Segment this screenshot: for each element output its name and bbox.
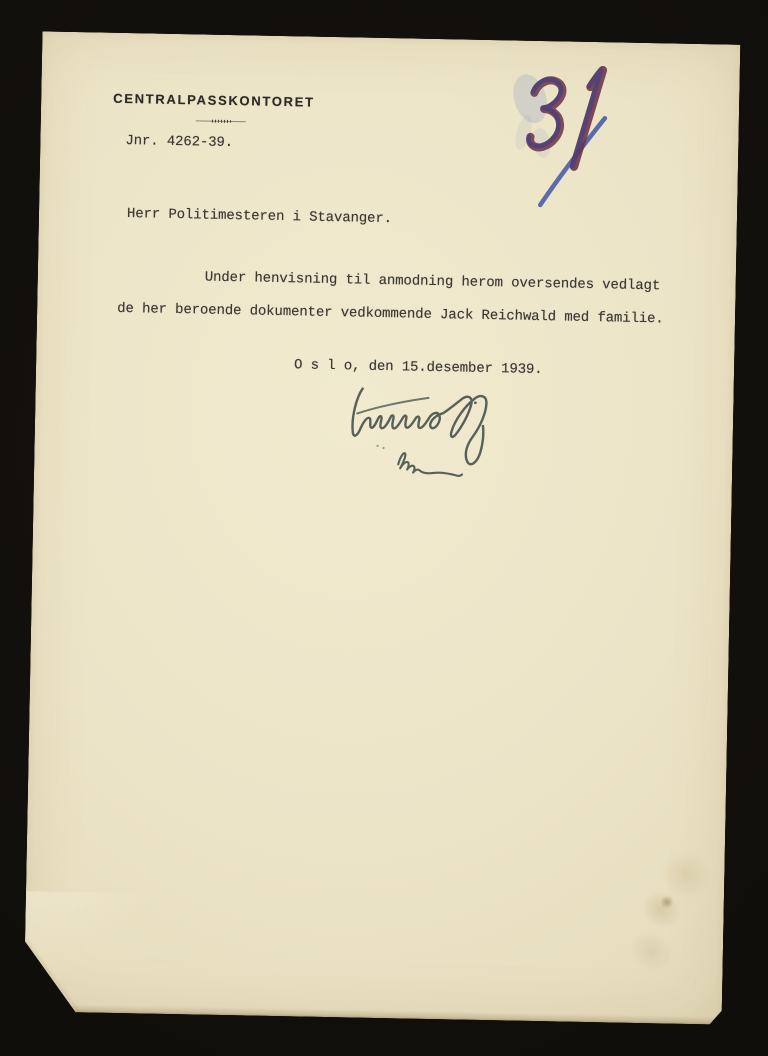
- body-paragraph: Under henvisning til anmodning herom ove…: [117, 260, 665, 336]
- paper-stain: [594, 826, 741, 993]
- corner-fold-crease: [24, 940, 81, 1016]
- handwritten-number-icon: [502, 46, 633, 223]
- dateline: O s l o, den 15.desember 1939.: [294, 357, 543, 378]
- journal-number: Jnr. 4262-39.: [125, 133, 233, 151]
- paper-stain-dot: [660, 895, 674, 908]
- recipient-line: Herr Politimesteren i Stavanger.: [127, 206, 392, 227]
- corner-fold: [24, 891, 136, 1013]
- letterhead-rule: [196, 119, 246, 124]
- handwritten-number: 31: [42, 31, 740, 44]
- archive-photo-background: { "letter": { "letterhead": "CENTRALPASS…: [0, 0, 768, 1056]
- letterhead-title: CENTRALPASSKONTORET: [113, 91, 315, 110]
- signature-icon: [332, 383, 546, 505]
- letter-paper: CENTRALPASSKONTORET Jnr. 4262-39. 31 Her…: [24, 31, 741, 1024]
- paper-bottom-edge-shadow: [64, 1004, 714, 1024]
